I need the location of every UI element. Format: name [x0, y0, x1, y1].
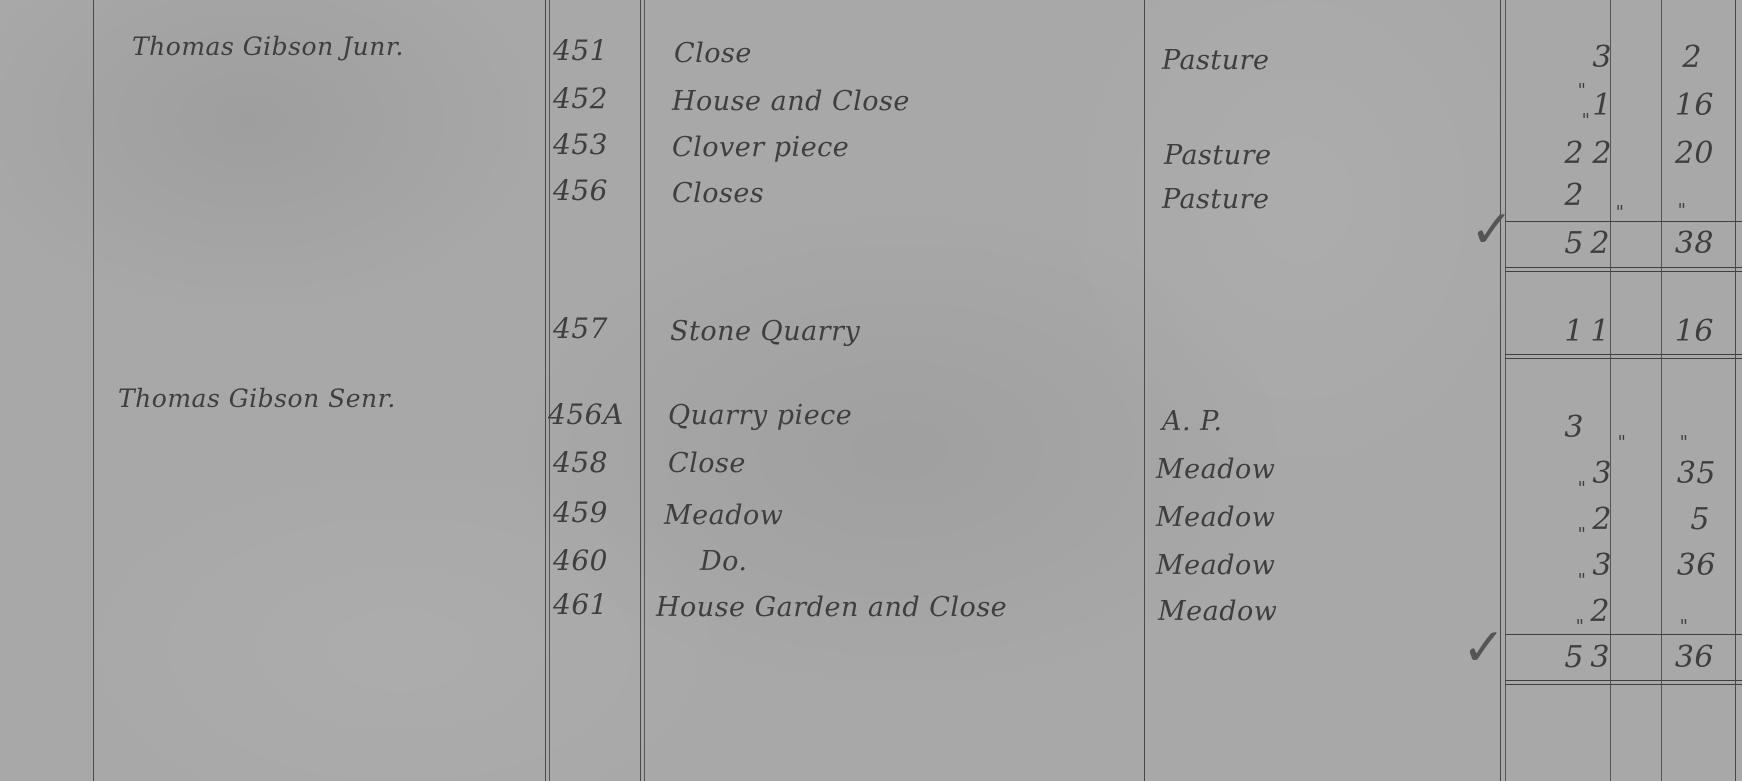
subtotal-rule-3 — [1505, 634, 1742, 635]
checked-tick-icon: ✓ — [1470, 200, 1514, 260]
plot-number: 451 — [553, 34, 608, 67]
roods-value: 2 — [1562, 502, 1612, 537]
column-rule-plot-left — [545, 0, 546, 781]
perches-value: 16 — [1664, 314, 1714, 349]
land-description: Close — [674, 38, 752, 69]
land-description: Meadow — [664, 500, 783, 531]
plot-number: 456 — [553, 174, 608, 207]
land-description: Quarry piece — [668, 400, 852, 431]
checked-tick-icon: ✓ — [1462, 618, 1506, 678]
column-rule-left — [93, 0, 94, 781]
land-description: Do. — [700, 546, 748, 577]
cultivation-state: Pasture — [1162, 45, 1270, 76]
plot-number: 452 — [553, 82, 608, 115]
acres-value: 3 — [1534, 410, 1584, 445]
total-rule-3b — [1505, 684, 1742, 685]
roods-value: " — [1602, 432, 1642, 453]
column-rule-right — [1735, 0, 1736, 781]
column-rule-cultivation — [1144, 0, 1145, 781]
owner-name: Thomas Gibson Junr. — [132, 32, 404, 61]
plot-number: 458 — [553, 446, 608, 479]
plot-number: 461 — [553, 588, 608, 621]
plot-number: 456A — [548, 398, 624, 431]
land-description: Stone Quarry — [670, 316, 860, 347]
cultivation-state: A. P. — [1162, 406, 1222, 437]
roods-value: " — [1600, 202, 1640, 223]
column-rule-plot-left-double — [549, 0, 550, 781]
cultivation-state: Pasture — [1162, 184, 1270, 215]
perches-value: 16 — [1664, 88, 1714, 123]
roods-value: 1 — [1562, 88, 1612, 123]
perches-value: 2 — [1652, 40, 1702, 75]
ledger-page: Thomas Gibson Junr. 451 Close Pasture " … — [0, 0, 1742, 781]
total-rule-3a — [1505, 680, 1742, 681]
total-roods: 3 — [1560, 640, 1610, 675]
perches-value: 36 — [1666, 548, 1716, 583]
total-rule-2b — [1505, 358, 1742, 359]
plot-number: 459 — [553, 496, 608, 529]
roods-value: 2 — [1560, 594, 1610, 629]
plot-number: 453 — [553, 128, 608, 161]
total-roods: 2 — [1560, 226, 1610, 261]
perches-value: 5 — [1660, 502, 1710, 537]
acres-value: 2 — [1534, 178, 1584, 213]
total-rule-1b — [1505, 271, 1742, 272]
plot-number: 457 — [553, 312, 608, 345]
column-rule-plot-right — [640, 0, 641, 781]
perches-value: " — [1664, 432, 1704, 453]
roods-value: 3 — [1562, 456, 1612, 491]
cultivation-state: Pasture — [1164, 140, 1272, 171]
roods-value: 1 — [1560, 314, 1610, 349]
cultivation-state: Meadow — [1156, 550, 1275, 581]
land-description: Clover piece — [672, 132, 849, 163]
roods-value: 3 — [1562, 40, 1612, 75]
total-perches: 38 — [1664, 226, 1714, 261]
land-description: Closes — [672, 178, 764, 209]
land-description: House Garden and Close — [656, 592, 1007, 623]
roods-value: 3 — [1562, 548, 1612, 583]
cultivation-state: Meadow — [1156, 502, 1275, 533]
roods-value: 2 — [1562, 136, 1612, 171]
perches-value: " — [1664, 616, 1704, 637]
column-rule-perches — [1661, 0, 1662, 781]
land-description: Close — [668, 448, 746, 479]
total-rule-2a — [1505, 354, 1742, 355]
perches-value: 20 — [1664, 136, 1714, 171]
column-rule-plot-right-double — [644, 0, 645, 781]
perches-value: 35 — [1666, 456, 1716, 491]
land-description: House and Close — [672, 86, 910, 117]
cultivation-state: Meadow — [1158, 596, 1277, 627]
owner-name: Thomas Gibson Senr. — [118, 384, 396, 413]
total-rule-1a — [1505, 267, 1742, 268]
cultivation-state: Meadow — [1156, 454, 1275, 485]
perches-value: " — [1662, 200, 1702, 221]
total-perches: 36 — [1664, 640, 1714, 675]
plot-number: 460 — [553, 544, 608, 577]
